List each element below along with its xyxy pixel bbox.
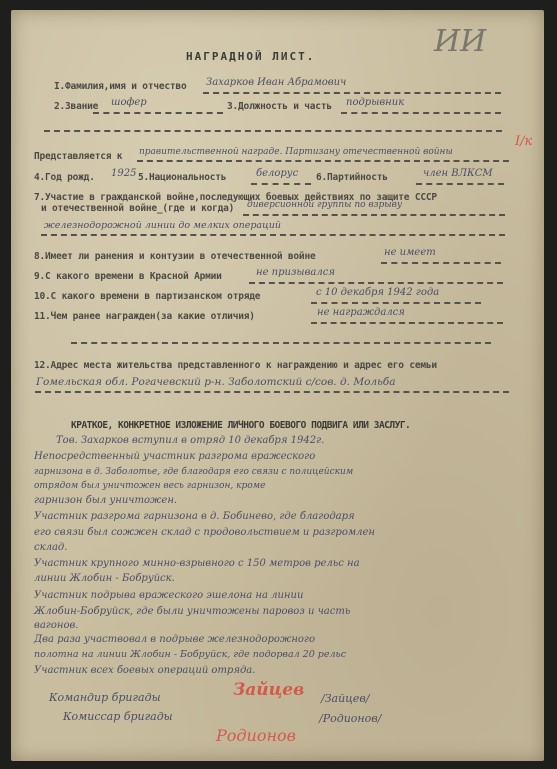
merit-line: вагонов. bbox=[34, 620, 78, 631]
field-value-participation-1: диверсионной группы по взрыву bbox=[247, 200, 402, 210]
field-value-birth-year: 1925 bbox=[111, 168, 136, 179]
underline bbox=[41, 234, 505, 236]
merit-heading: КРАТКОЕ, КОНКРЕТНОЕ ИЗЛОЖЕНИЕ ЛИЧНОГО БО… bbox=[71, 420, 410, 431]
document-title: НАГРАДНОЙ ЛИСТ. bbox=[186, 50, 315, 63]
merit-line: Участник всех боевых операций отряда. bbox=[34, 665, 255, 676]
merit-line: Участник крупного минно-взрывного с 150 … bbox=[34, 558, 360, 569]
field-value-address: Гомельская обл. Рогачевский р-н. Заболот… bbox=[36, 376, 395, 388]
underline bbox=[311, 302, 481, 304]
field-value-party: член ВЛКСМ bbox=[423, 168, 493, 179]
field-label-position: 3.Должность и часть bbox=[227, 101, 332, 112]
merit-line: гарнизон был уничтожен. bbox=[34, 495, 177, 506]
field-label-red-army: 9.С какого времени в Красной Армии bbox=[34, 271, 222, 282]
field-label-nationality: 5.Национальность bbox=[138, 172, 226, 183]
field-label-birth-year: 4.Год рожд. bbox=[34, 172, 95, 183]
field-label-address: 12.Адрес места жительства представленног… bbox=[34, 360, 437, 371]
red-margin-mark: I/к bbox=[515, 134, 532, 149]
merit-line: Непосредственный участник разгрома враже… bbox=[34, 451, 315, 462]
underline bbox=[381, 262, 501, 264]
commander-signature: Зайцев bbox=[233, 680, 304, 700]
field-label-wounds: 8.Имеет ли ранения и контузии в отечеств… bbox=[34, 251, 316, 262]
field-value-position: подрывник bbox=[346, 97, 404, 108]
commissar-name: /Родионов/ bbox=[319, 712, 381, 725]
merit-line: полотна на линии Жлобин - Бобруйск, где … bbox=[34, 649, 346, 660]
underline bbox=[341, 112, 501, 114]
commander-name: /Зайцев/ bbox=[321, 692, 370, 705]
field-value-nominated: правительственной награде. Партизану оте… bbox=[139, 147, 453, 157]
award-sheet: ИИ НАГРАДНОЙ ЛИСТ. I.Фамилия,имя и отчес… bbox=[11, 10, 544, 761]
merit-line: Два раза участвовал в подрыве железнодор… bbox=[34, 634, 315, 645]
merit-line: Участник разгрома гарнизона в д. Бобинев… bbox=[34, 511, 355, 522]
underline bbox=[35, 391, 509, 393]
underline bbox=[249, 282, 503, 284]
underline bbox=[44, 130, 502, 132]
underline bbox=[137, 160, 509, 162]
field-label-rank: 2.Звание bbox=[54, 101, 98, 112]
underline bbox=[416, 183, 504, 185]
field-value-participation-2: железнодорожной линии до мелких операций bbox=[44, 220, 281, 231]
underline bbox=[251, 183, 311, 185]
field-label-party: 6.Партийность bbox=[316, 172, 388, 183]
merit-line: линии Жлобин - Бобруйск. bbox=[34, 573, 175, 584]
commander-role: Командир бригады bbox=[49, 691, 161, 704]
field-value-red-army: не призывался bbox=[256, 267, 335, 278]
merit-line: его связи был сожжен склад с продовольст… bbox=[34, 527, 375, 538]
underline bbox=[71, 342, 491, 344]
pencil-mark: ИИ bbox=[434, 24, 486, 59]
merit-line: Участник подрыва вражеского эшелона на л… bbox=[34, 590, 303, 601]
field-value-partisan: с 10 декабря 1942 года bbox=[316, 287, 439, 298]
field-label-partisan: 10.С какого времени в партизанском отряд… bbox=[34, 291, 260, 302]
merit-line: Жлобин-Бобруйск, где были уничтожены пар… bbox=[34, 606, 350, 617]
underline bbox=[93, 112, 223, 114]
field-value-nationality: белорус bbox=[256, 168, 298, 179]
merit-line: гарнизона в д. Заболотье, где благодаря … bbox=[34, 467, 353, 477]
field-label-awards: 11.Чем ранее награжден(за какие отличия) bbox=[34, 311, 255, 322]
underline bbox=[203, 92, 501, 94]
underline bbox=[311, 322, 503, 324]
field-value-name: Захарков Иван Абрамович bbox=[206, 77, 346, 88]
field-value-awards: не награждался bbox=[317, 307, 405, 318]
field-value-rank: шофер bbox=[111, 97, 147, 108]
field-value-wounds: не имеет bbox=[384, 247, 436, 258]
commissar-signature: Родионов bbox=[216, 726, 296, 745]
field-label-participation-2: и отечественной войне_(где и когда) bbox=[41, 203, 234, 214]
merit-line: Тов. Захарков вступил в отряд 10 декабря… bbox=[56, 435, 324, 446]
commissar-role: Комиссар бригады bbox=[63, 710, 173, 723]
merit-line: склад. bbox=[34, 542, 67, 553]
underline bbox=[243, 214, 505, 216]
field-label-name: I.Фамилия,имя и отчество bbox=[54, 81, 186, 92]
merit-line: отрядом был уничтожен весь гарнизон, кро… bbox=[34, 481, 265, 491]
field-label-nominated: Представляется к bbox=[34, 151, 122, 162]
